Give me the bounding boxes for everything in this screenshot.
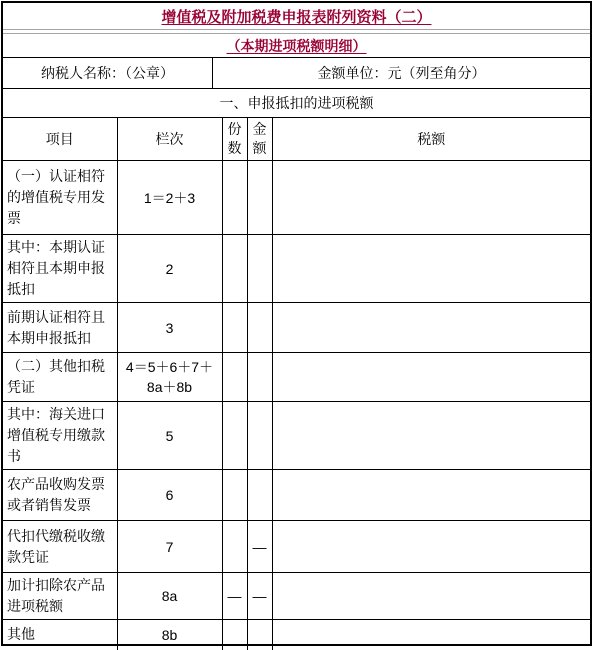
- copies-cell: [222, 402, 247, 470]
- copies-cell: [222, 353, 247, 402]
- section-title-row: 一、申报抵扣的进项税额: [3, 89, 590, 118]
- form-subtitle: （本期进项税额明细）: [227, 36, 367, 56]
- item-cell: 其中：海关进口增值税专用缴款书: [3, 402, 117, 470]
- item-cell: 加计扣除农产品进项税额: [3, 573, 117, 620]
- vat-attachment-form: 增值税及附加税费申报表附列资料（二） （本期进项税额明细） 纳税人名称：（公章）…: [1, 1, 592, 646]
- table-row: 代扣代缴税收缴款凭证 7 —: [3, 521, 590, 573]
- input-tax-table: 项目 栏次 份数 金额 税额 （一）认证相符的增值税专用发票 1＝2＋3 其中：…: [3, 118, 590, 650]
- section-title: 一、申报抵扣的进项税额: [220, 93, 374, 113]
- copies-cell: [222, 620, 247, 650]
- table-row: （二）其他扣税凭证 4＝5＋6＋7＋ 8a＋8b: [3, 353, 590, 402]
- table-row: 前期认证相符且本期申报抵扣 3: [3, 303, 590, 353]
- amount-cell: [247, 470, 272, 521]
- item-cell: 其中：本期认证相符且本期申报抵扣: [3, 235, 117, 303]
- amount-unit-cell: 金额单位：元（列至角分）: [213, 58, 590, 88]
- column-no-cell: 8a: [117, 573, 222, 620]
- table-row: 加计扣除农产品进项税额 8a — —: [3, 573, 590, 620]
- column-no-cell: 5: [117, 402, 222, 470]
- amount-cell: [247, 235, 272, 303]
- taxpayer-name-cell: 纳税人名称：（公章）: [3, 58, 213, 88]
- col-header-tax: 税额: [272, 118, 590, 161]
- column-no-cell: 2: [117, 235, 222, 303]
- copies-cell: [222, 235, 247, 303]
- copies-cell: [222, 303, 247, 353]
- tax-cell: [272, 303, 590, 353]
- table-row: （一）认证相符的增值税专用发票 1＝2＋3: [3, 161, 590, 235]
- table-header-row: 项目 栏次 份数 金额 税额: [3, 118, 590, 161]
- amount-cell: [247, 303, 272, 353]
- item-cell: 农产品收购发票或者销售发票: [3, 470, 117, 521]
- copies-cell: [222, 470, 247, 521]
- tax-cell: [272, 521, 590, 573]
- column-no-cell: 8b: [117, 620, 222, 650]
- col-header-column-no: 栏次: [117, 118, 222, 161]
- tax-cell: [272, 161, 590, 235]
- form-subtitle-row: （本期进项税额明细）: [3, 34, 590, 58]
- amount-cell: [247, 161, 272, 235]
- item-cell: 其他: [3, 620, 117, 650]
- col-header-copies: 份数: [222, 118, 247, 161]
- amount-cell: [247, 353, 272, 402]
- column-no-cell: 1＝2＋3: [117, 161, 222, 235]
- item-cell: 前期认证相符且本期申报抵扣: [3, 303, 117, 353]
- tax-cell: [272, 470, 590, 521]
- tax-cell: [272, 235, 590, 303]
- form-title-row: 增值税及附加税费申报表附列资料（二）: [3, 3, 590, 29]
- col-header-item: 项目: [3, 118, 117, 161]
- taxpayer-info-row: 纳税人名称：（公章） 金额单位：元（列至角分）: [3, 58, 590, 89]
- amount-cell: —: [247, 521, 272, 573]
- column-no-cell: 7: [117, 521, 222, 573]
- copies-cell: [222, 521, 247, 573]
- table-row: 其中：海关进口增值税专用缴款书 5: [3, 402, 590, 470]
- column-no-cell: 3: [117, 303, 222, 353]
- copies-cell: —: [222, 573, 247, 620]
- column-no-cell: 6: [117, 470, 222, 521]
- table-row: 农产品收购发票或者销售发票 6: [3, 470, 590, 521]
- amount-unit-label: 金额单位：元（列至角分）: [318, 63, 486, 83]
- tax-cell: [272, 573, 590, 620]
- taxpayer-name-label: 纳税人名称：（公章）: [41, 63, 174, 83]
- amount-cell: [247, 402, 272, 470]
- table-row: 其他 8b: [3, 620, 590, 650]
- page: 增值税及附加税费申报表附列资料（二） （本期进项税额明细） 纳税人名称：（公章）…: [0, 0, 593, 647]
- tax-cell: [272, 353, 590, 402]
- item-cell: （一）认证相符的增值税专用发票: [3, 161, 117, 235]
- copies-cell: [222, 161, 247, 235]
- table-row: 其中：本期认证相符且本期申报抵扣 2: [3, 235, 590, 303]
- col-header-amount: 金额: [247, 118, 272, 161]
- item-cell: 代扣代缴税收缴款凭证: [3, 521, 117, 573]
- tax-cell: [272, 620, 590, 650]
- amount-cell: [247, 620, 272, 650]
- amount-cell: —: [247, 573, 272, 620]
- form-title: 增值税及附加税费申报表附列资料（二）: [161, 6, 431, 27]
- item-cell: （二）其他扣税凭证: [3, 353, 117, 402]
- column-no-cell: 4＝5＋6＋7＋ 8a＋8b: [117, 353, 222, 402]
- tax-cell: [272, 402, 590, 470]
